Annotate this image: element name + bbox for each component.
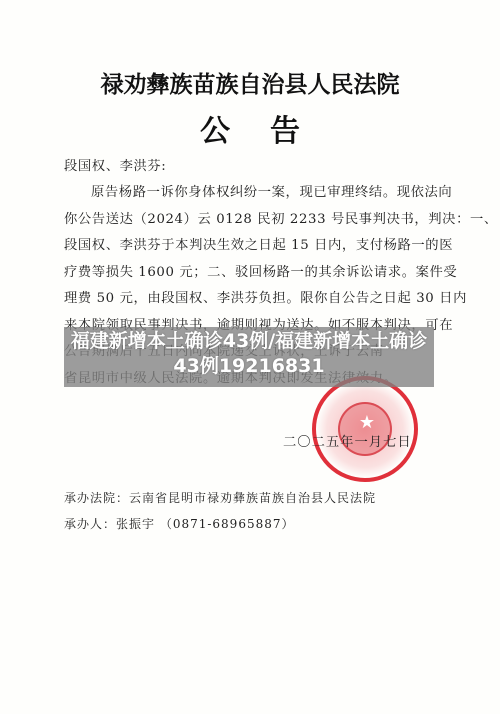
handling-person: 承办人：张振宇 （0871-68965887）	[64, 515, 295, 532]
addressee: 段国权、李洪芬:	[64, 154, 436, 181]
notice-date: 二〇二五年一月七日	[283, 431, 412, 450]
star-icon: ★	[340, 414, 394, 432]
court-seal: ★	[312, 376, 418, 482]
document-title: 公告	[0, 106, 500, 150]
caption-overlay-text: 福建新增本土确诊43例/福建新增本土确诊43例19216831	[64, 329, 434, 379]
body-line: 理费 50 元，由段国权、李洪芬负担。限你自公告之日起 30 日内	[64, 286, 436, 313]
body-line: 段国权、李洪芬于本判决生效之日起 15 日内，支付杨路一的医	[64, 233, 436, 260]
body-line: 疗费等损失 1600 元；二、驳回杨路一的其余诉讼请求。案件受	[64, 260, 436, 287]
court-header: 禄劝彝族苗族自治县人民法院	[0, 66, 500, 99]
handling-court: 承办法院：云南省昆明市禄劝彝族苗族自治县人民法院	[64, 489, 376, 506]
body-line: 原告杨路一诉你身体权纠纷一案，现已审理终结。现依法向	[64, 180, 436, 207]
body-line: 你公告送达（2024）云 0128 民初 2233 号民事判决书，判决：一、	[64, 207, 436, 234]
notice-page: 禄劝彝族苗族自治县人民法院 公告 段国权、李洪芬: 原告杨路一诉你身体权纠纷一案…	[0, 0, 500, 714]
